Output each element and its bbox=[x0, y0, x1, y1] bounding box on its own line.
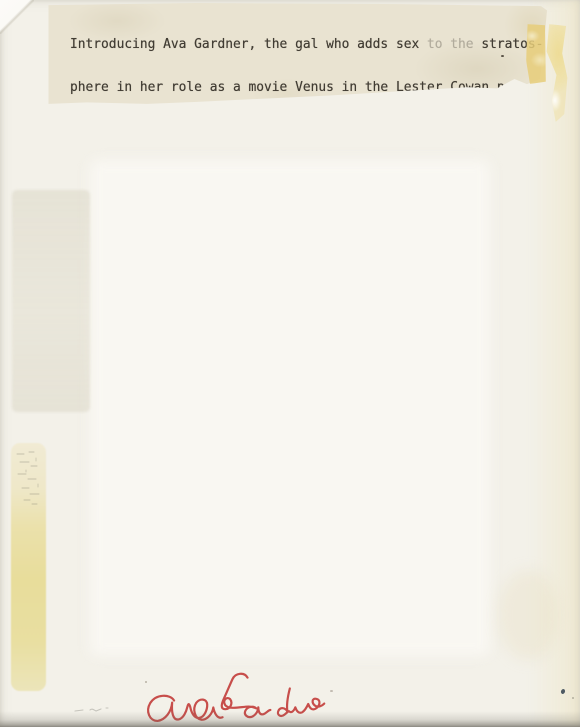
paper-speck bbox=[572, 697, 574, 699]
yellowed-tape-residue-on-label bbox=[526, 24, 546, 84]
faint-tape-mark bbox=[12, 190, 90, 412]
caption-line-3: duction, "One Touch of Venus," to be rel… bbox=[70, 125, 547, 138]
paper-speck bbox=[145, 681, 147, 683]
caption-label: Introducing Ava Gardner, the gal who add… bbox=[47, 2, 547, 106]
paper-stain bbox=[498, 570, 558, 660]
photo-bottom-edge-shadow bbox=[0, 711, 580, 727]
caption-line-1-faded: to the bbox=[427, 37, 474, 52]
caption-line-1-prefix: Introducing Ava Gardner, the gal who add… bbox=[70, 37, 427, 52]
corner-crease bbox=[0, 0, 34, 34]
caption-line-1: Introducing Ava Gardner, the gal who add… bbox=[70, 38, 547, 51]
photo-back-scan: Introducing Ava Gardner, the gal who add… bbox=[0, 0, 580, 727]
mount-impression bbox=[90, 160, 490, 656]
ink-fleck bbox=[501, 55, 504, 57]
tape-print-remnants bbox=[14, 448, 44, 512]
paper-speck bbox=[330, 690, 333, 692]
caption-line-2: phere in her role as a movie Venus in th… bbox=[70, 81, 547, 94]
